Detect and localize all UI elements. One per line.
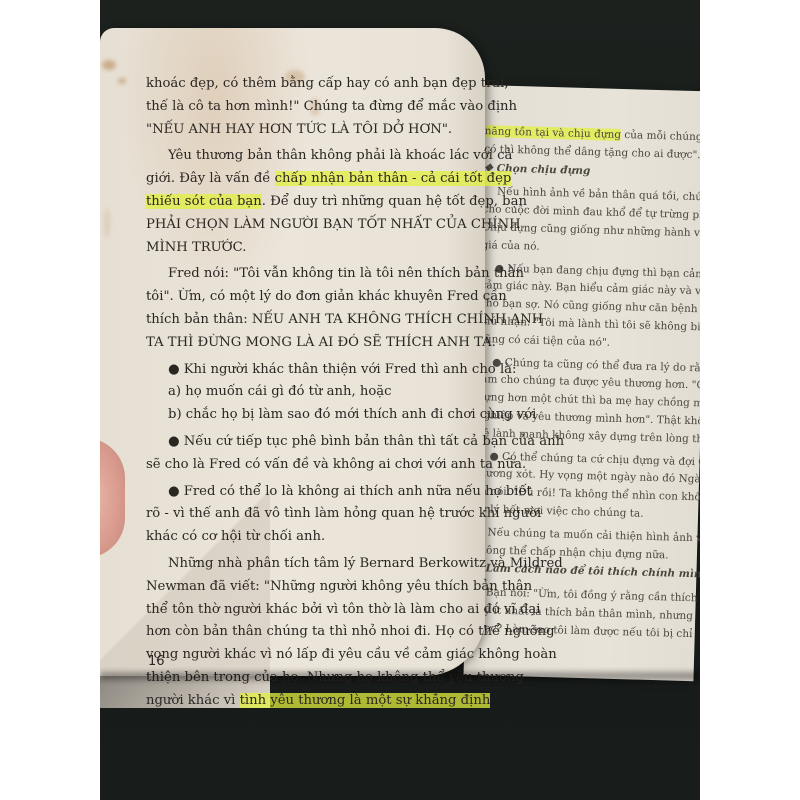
book-photo: năng tồn tại và chịu đựng của mỗi chúng … (100, 0, 700, 800)
left-page: khoác đẹp, có thêm bằng cấp hay có anh b… (100, 28, 485, 676)
text-line: PHẢI CHỌN LÀM NGƯỜI BẠN TỐT NHẤT CỦA CHÍ… (146, 214, 546, 237)
highlighted-text: chấp nhận bản thân - cả cái tốt đẹp (275, 171, 512, 186)
text-line: tôi". Ừm, có một lý do đơn giản khác khu… (146, 286, 546, 309)
paper-stain (102, 60, 116, 70)
text-line: người khác vì tình yêu thương là một sự … (146, 690, 546, 713)
text-line: khác có cơ hội từ chối anh. (146, 526, 546, 549)
text-line: ● Fred có thể lo là không ai thích anh n… (146, 481, 546, 504)
text-span: người khác vì (146, 693, 240, 708)
paper-stain (118, 78, 126, 84)
text-span: . Để duy trì những quan hệ tốt đẹp, bạn (262, 194, 527, 209)
page-shadow (100, 672, 700, 680)
text-line: Fred nói: "Tôi vẫn không tin là tôi nên … (146, 263, 546, 286)
text-line: thích bản thân: NẾU ANH TA KHÔNG THÍCH C… (146, 309, 546, 332)
text-line: thế là cô ta hơn mình!" Chúng ta đừng để… (146, 96, 546, 119)
text-line: Những nhà phân tích tâm lý Bernard Berko… (146, 553, 546, 576)
text-line: ● Nếu cứ tiếp tục phê bình bản thân thì … (146, 431, 546, 454)
text-line: vọng người khác vì nó lấp đi yêu cầu về … (146, 644, 546, 667)
text-line: TA THÌ ĐỪNG MONG LÀ AI ĐÓ SẼ THÍCH ANH T… (146, 332, 546, 355)
text-line: rõ - vì thế anh đã vô tình làm hỏng quan… (146, 503, 546, 526)
text-line: Newman đã viết: "Những người không yêu t… (146, 576, 546, 599)
text-line: thiếu sót của bạn. Để duy trì những quan… (146, 191, 546, 214)
paper-stain (104, 208, 110, 238)
text-line: khoác đẹp, có thêm bằng cấp hay có anh b… (146, 73, 546, 96)
text-line: giới. Đây là vấn đề chấp nhận bản thân -… (146, 168, 546, 191)
text-line: ● Khi người khác thân thiện với Fred thì… (146, 359, 546, 382)
page-number: 16 (148, 654, 165, 669)
text-line: a) họ muốn cái gì đó từ anh, hoặc (146, 381, 546, 404)
text-line: sẽ cho là Fred có vấn đề và không ai chơ… (146, 454, 546, 477)
text-line: "NẾU ANH HAY HƠN TỨC LÀ TÔI DỞ HƠN". (146, 119, 546, 142)
text-line: Yêu thương bản thân không phải là khoác … (146, 145, 546, 168)
text-span: giới. Đây là vấn đề (146, 171, 275, 186)
highlighted-text: thiếu sót của bạn (146, 194, 262, 209)
text-line: b) chắc họ bị làm sao đó mới thích anh đ… (146, 404, 546, 427)
text-line: thể tôn thờ người khác bởi vì tôn thờ là… (146, 599, 546, 622)
highlighted-text: tình yêu thương là một sự khẳng định (240, 693, 491, 708)
text-span: của mỗi chúng ta. (621, 129, 700, 144)
text-line: hơn còn bản thân chúng ta thì nhỏ nhoi đ… (146, 621, 546, 644)
left-page-text: khoác đẹp, có thêm bằng cấp hay có anh b… (146, 73, 546, 713)
text-line: MÌNH TRƯỚC. (146, 237, 546, 260)
